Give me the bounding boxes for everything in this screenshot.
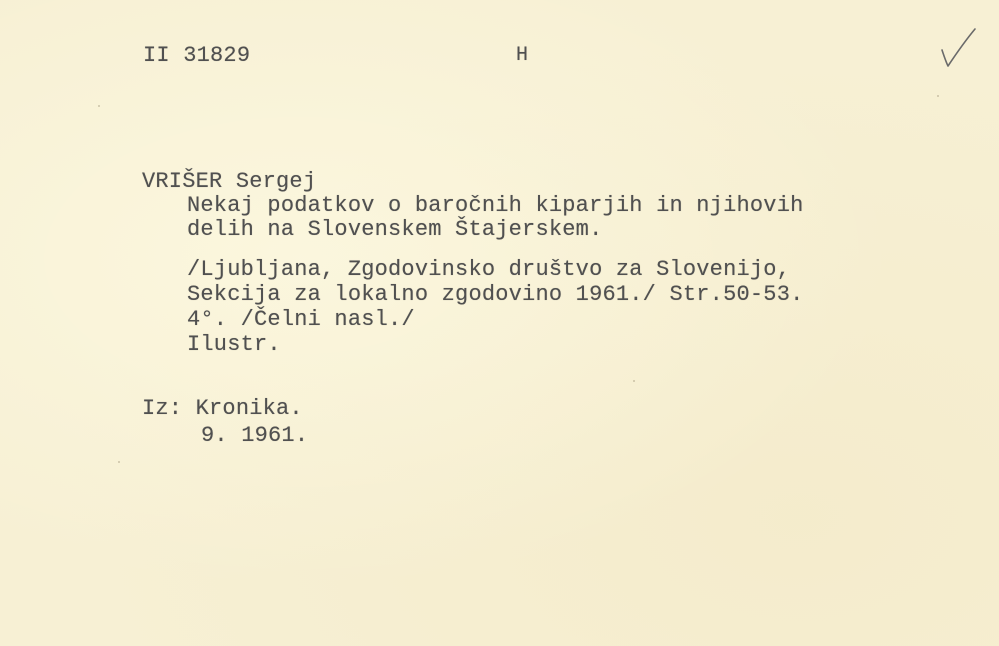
imprint-line: Ilustr. [187, 333, 281, 357]
source-line: Iz: Kronika. [142, 397, 303, 421]
call-number: II 31829 [143, 44, 250, 68]
title-line: delih na Slovenskem Štajerskem. [187, 218, 602, 242]
catalog-card: II 31829 H VRIŠER Sergej Nekaj podatkov … [0, 0, 999, 646]
imprint-line: 4°. /Čelni nasl./ [187, 308, 415, 332]
paper-speck [937, 95, 939, 97]
imprint-line: /Ljubljana, Zgodovinsko društvo za Slove… [187, 258, 790, 282]
paper-speck [118, 461, 120, 463]
author-heading: VRIŠER Sergej [142, 170, 316, 194]
title-line: Nekaj podatkov o baročnih kiparjih in nj… [187, 194, 804, 218]
paper-speck [98, 105, 100, 107]
imprint-line: Sekcija za lokalno zgodovino 1961./ Str.… [187, 283, 804, 307]
source-line: 9. 1961. [201, 424, 308, 448]
location-mark: H [516, 44, 528, 68]
paper-speck [633, 380, 635, 382]
checkmark-icon [938, 26, 978, 70]
